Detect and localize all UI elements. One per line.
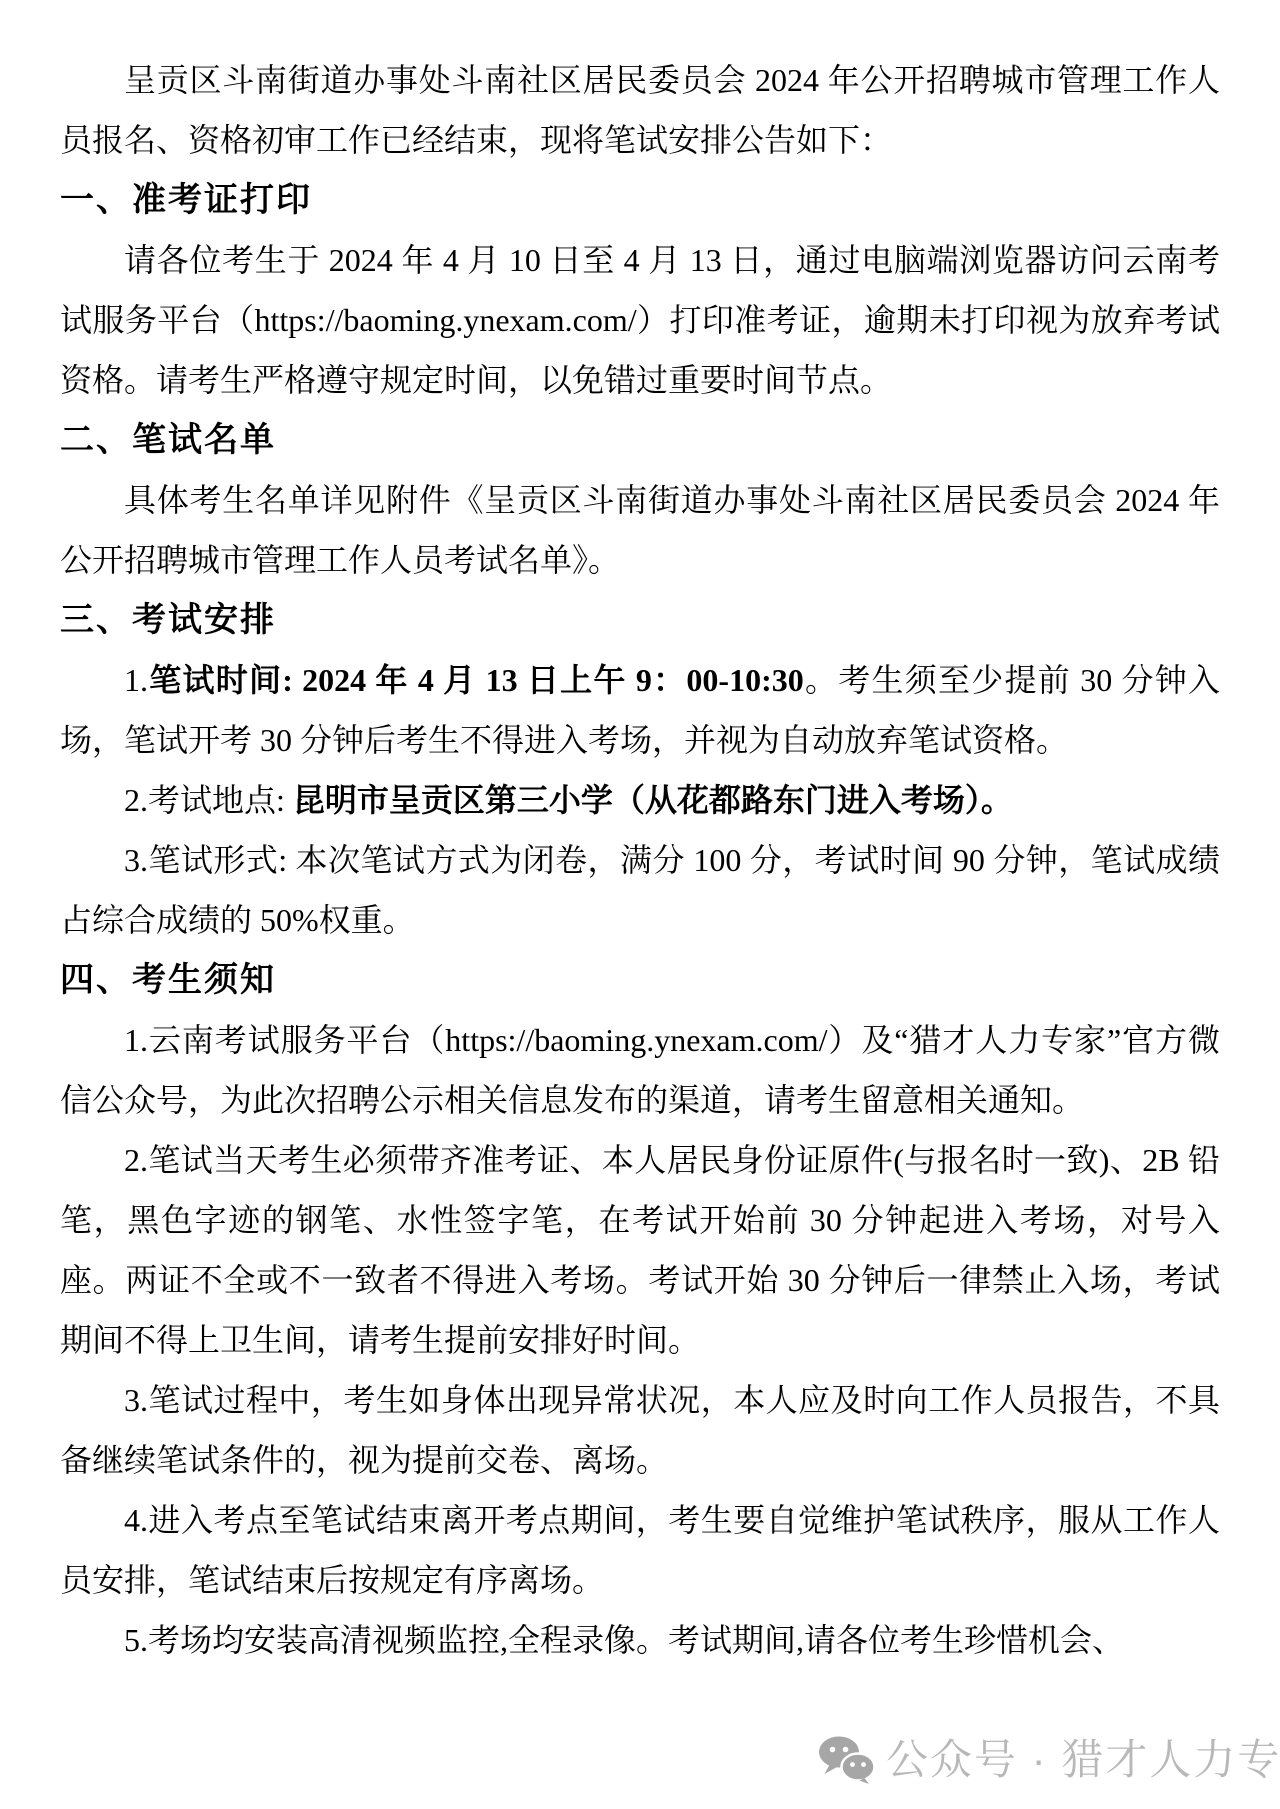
text-run: 请各位考生于 2024 年 4 月 10 日至 4 月 13 日，通过电脑端浏览… xyxy=(60,242,1220,398)
bold-text-run: 笔试时间: 2024 年 4 月 13 日上午 9：00-10:30 xyxy=(148,662,804,698)
paragraph: 2.笔试当天考生必须带齐准考证、本人居民身份证原件(与报名时一致)、2B 铅笔，… xyxy=(60,1130,1220,1370)
watermark-text: 公众号 · 猎才人力专家 xyxy=(886,1734,1280,1786)
paragraph: 4.进入考点至笔试结束离开考点期间，考生要自觉维护笔试秩序，服从工作人员安排，笔… xyxy=(60,1490,1220,1610)
section-heading: 三、考试安排 xyxy=(60,590,1220,650)
text-run: 3.笔试过程中，考生如身体出现异常状况，本人应及时向工作人员报告，不具备继续笔试… xyxy=(60,1382,1220,1478)
text-run: 1.云南考试服务平台（https://baoming.ynexam.com/）及… xyxy=(60,1022,1220,1118)
announcement-document: 呈贡区斗南街道办事处斗南社区居民委员会 2024 年公开招聘城市管理工作人员报名… xyxy=(60,50,1220,1670)
wechat-icon xyxy=(818,1736,876,1784)
bold-text-run: 一、准考证打印 xyxy=(60,181,312,219)
text-run: 2.笔试当天考生必须带齐准考证、本人居民身份证原件(与报名时一致)、2B 铅笔，… xyxy=(60,1142,1220,1358)
section-heading: 二、笔试名单 xyxy=(60,410,1220,470)
paragraph: 3.笔试形式: 本次笔试方式为闭卷，满分 100 分，考试时间 90 分钟，笔试… xyxy=(60,830,1220,950)
paragraph: 1.笔试时间: 2024 年 4 月 13 日上午 9：00-10:30。考生须… xyxy=(60,650,1220,770)
section-heading: 一、准考证打印 xyxy=(60,170,1220,230)
bold-text-run: 二、笔试名单 xyxy=(60,421,276,459)
paragraph: 1.云南考试服务平台（https://baoming.ynexam.com/）及… xyxy=(60,1010,1220,1130)
text-run: 2.考试地点: xyxy=(124,782,293,818)
bold-text-run: 昆明市呈贡区第三小学（从花都路东门进入考场）。 xyxy=(293,782,1013,818)
text-run: 4.进入考点至笔试结束离开考点期间，考生要自觉维护笔试秩序，服从工作人员安排，笔… xyxy=(60,1502,1220,1598)
paragraph: 2.考试地点: 昆明市呈贡区第三小学（从花都路东门进入考场）。 xyxy=(60,770,1220,830)
paragraph: 3.笔试过程中，考生如身体出现异常状况，本人应及时向工作人员报告，不具备继续笔试… xyxy=(60,1370,1220,1490)
paragraph: 呈贡区斗南街道办事处斗南社区居民委员会 2024 年公开招聘城市管理工作人员报名… xyxy=(60,50,1220,170)
text-run: 3.笔试形式: 本次笔试方式为闭卷，满分 100 分，考试时间 90 分钟，笔试… xyxy=(60,842,1220,938)
bold-text-run: 三、考试安排 xyxy=(60,601,276,639)
text-run: 1. xyxy=(124,662,148,698)
paragraph: 具体考生名单详见附件《呈贡区斗南街道办事处斗南社区居民委员会 2024 年公开招… xyxy=(60,470,1220,590)
wechat-watermark: 公众号 · 猎才人力专家 xyxy=(818,1734,1280,1786)
text-run: 5.考场均安装高清视频监控,全程录像。考试期间,请各位考生珍惜机会、 xyxy=(124,1622,1124,1658)
bold-text-run: 四、考生须知 xyxy=(60,961,276,999)
section-heading: 四、考生须知 xyxy=(60,950,1220,1010)
paragraph: 5.考场均安装高清视频监控,全程录像。考试期间,请各位考生珍惜机会、 xyxy=(60,1610,1220,1670)
paragraph: 请各位考生于 2024 年 4 月 10 日至 4 月 13 日，通过电脑端浏览… xyxy=(60,230,1220,410)
text-run: 具体考生名单详见附件《呈贡区斗南街道办事处斗南社区居民委员会 2024 年公开招… xyxy=(60,482,1220,578)
text-run: 呈贡区斗南街道办事处斗南社区居民委员会 2024 年公开招聘城市管理工作人员报名… xyxy=(60,62,1220,158)
announcement-page: { "page": { "background": "#ffffff", "te… xyxy=(0,0,1280,1809)
